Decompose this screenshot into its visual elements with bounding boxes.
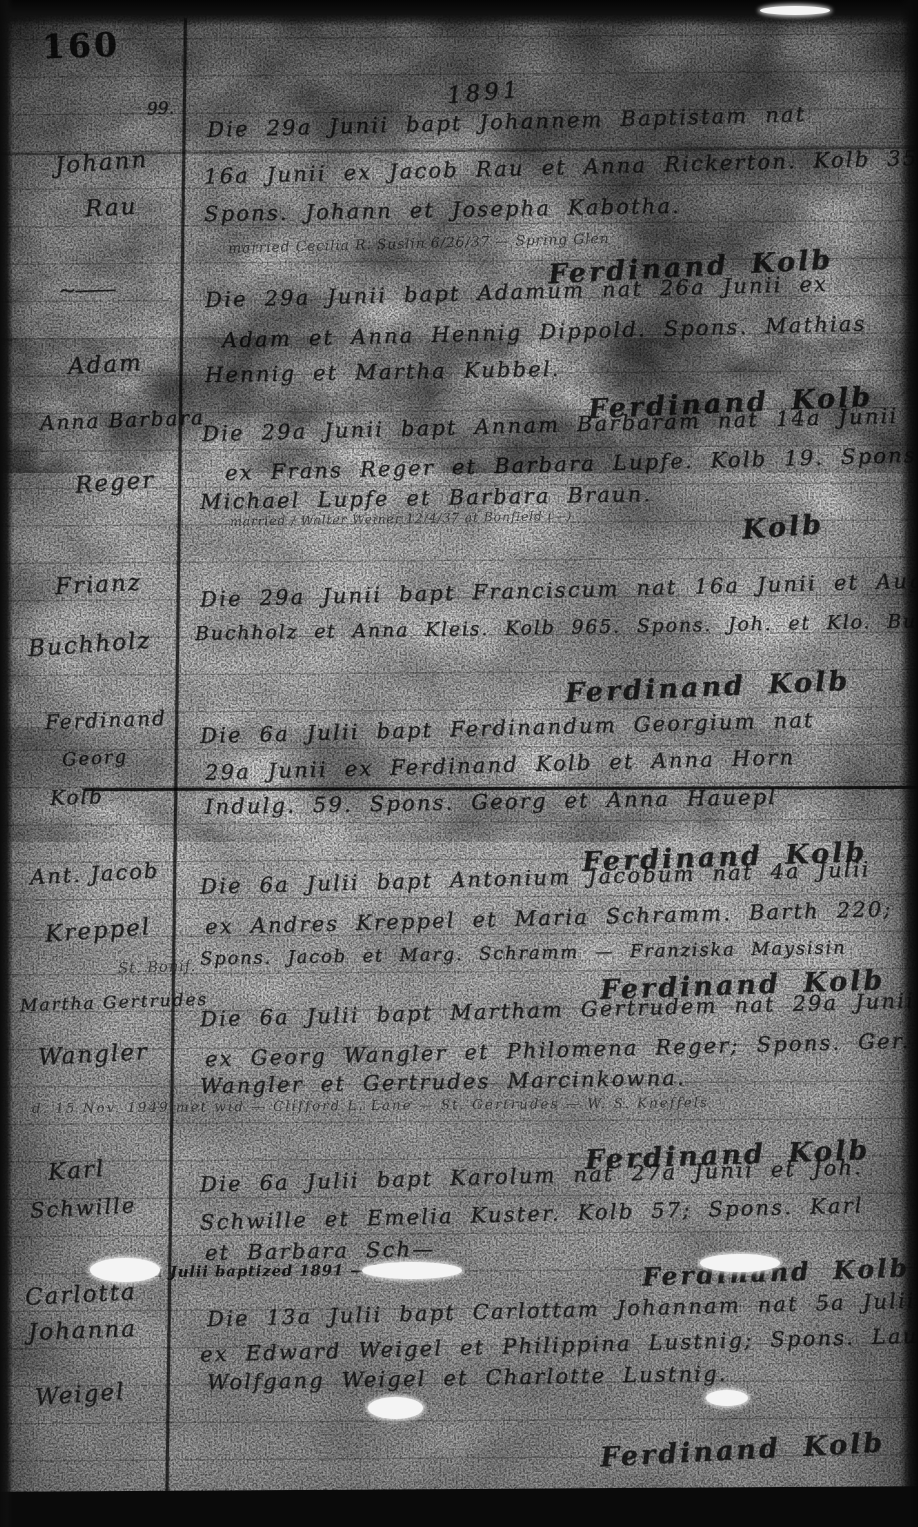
margin-name: Georg [61,746,128,770]
damage-spot [90,1258,160,1282]
margin-name: Karl [47,1156,106,1186]
damage-spot [368,1397,423,1419]
scan-border-left [0,0,13,1527]
margin-scribble: ~—— [58,277,115,304]
margin-name: Kolb [50,784,104,810]
margin-name: Rau [84,194,138,223]
page-number: 160 [41,25,120,67]
scan-border-right [900,0,918,1527]
margin-name: Adam [67,350,143,380]
damage-spot [700,1254,780,1272]
scan-border-bottom [0,1486,918,1527]
margin-name: Ferdinand [45,706,168,734]
margin-name: Frianz [54,570,142,601]
margin-name: Johanna [28,1316,138,1346]
damage-spot [706,1390,748,1406]
entry-number: 99. [146,98,174,119]
pencil-note: St. Bonif. [118,957,197,978]
priest-signature: Kolb [741,509,825,546]
damage-spot [362,1262,462,1279]
register-scan-page: 160 99. 1891 Johann Rau Die 29a Junii ba… [0,0,918,1527]
damage-spot [760,6,830,15]
